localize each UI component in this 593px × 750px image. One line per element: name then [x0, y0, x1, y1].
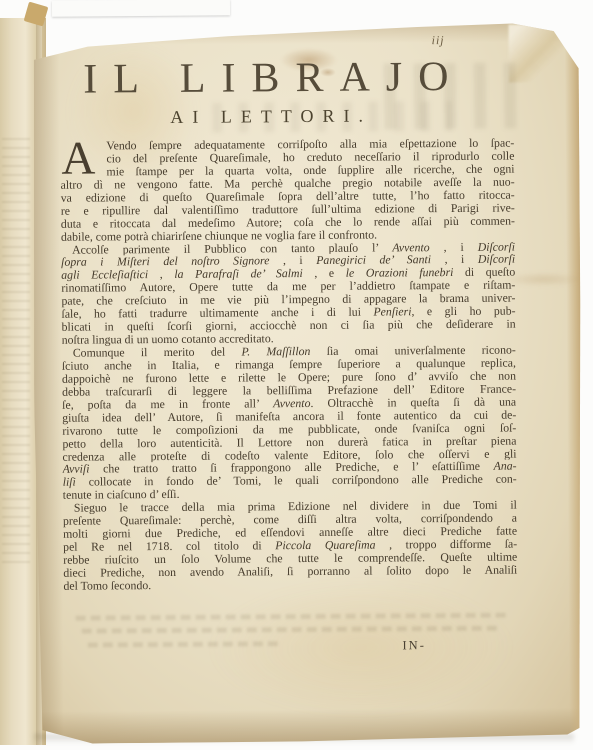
catchword: IN-: [64, 638, 426, 656]
white-paper-tab: [52, 0, 230, 17]
photo-backdrop: iij IL LIBRAJO AI LETTORI. AVendo ſempre…: [0, 0, 593, 750]
torn-corner: [509, 24, 581, 83]
drop-cap: A: [61, 136, 95, 180]
body-text: AVendo ſempre adequatamente corriſpoſto …: [60, 137, 517, 593]
page-title: IL LIBRAJO: [38, 53, 496, 104]
page-number: iij: [432, 33, 445, 48]
show-through-text: [82, 626, 498, 634]
text-line: del Tomo ſecondo.: [63, 576, 517, 592]
book-page: iij IL LIBRAJO AI LETTORI. AVendo ſempre…: [31, 20, 585, 744]
page-subtitle: AI LETTORI.: [38, 105, 496, 129]
show-through-text: [76, 613, 506, 621]
